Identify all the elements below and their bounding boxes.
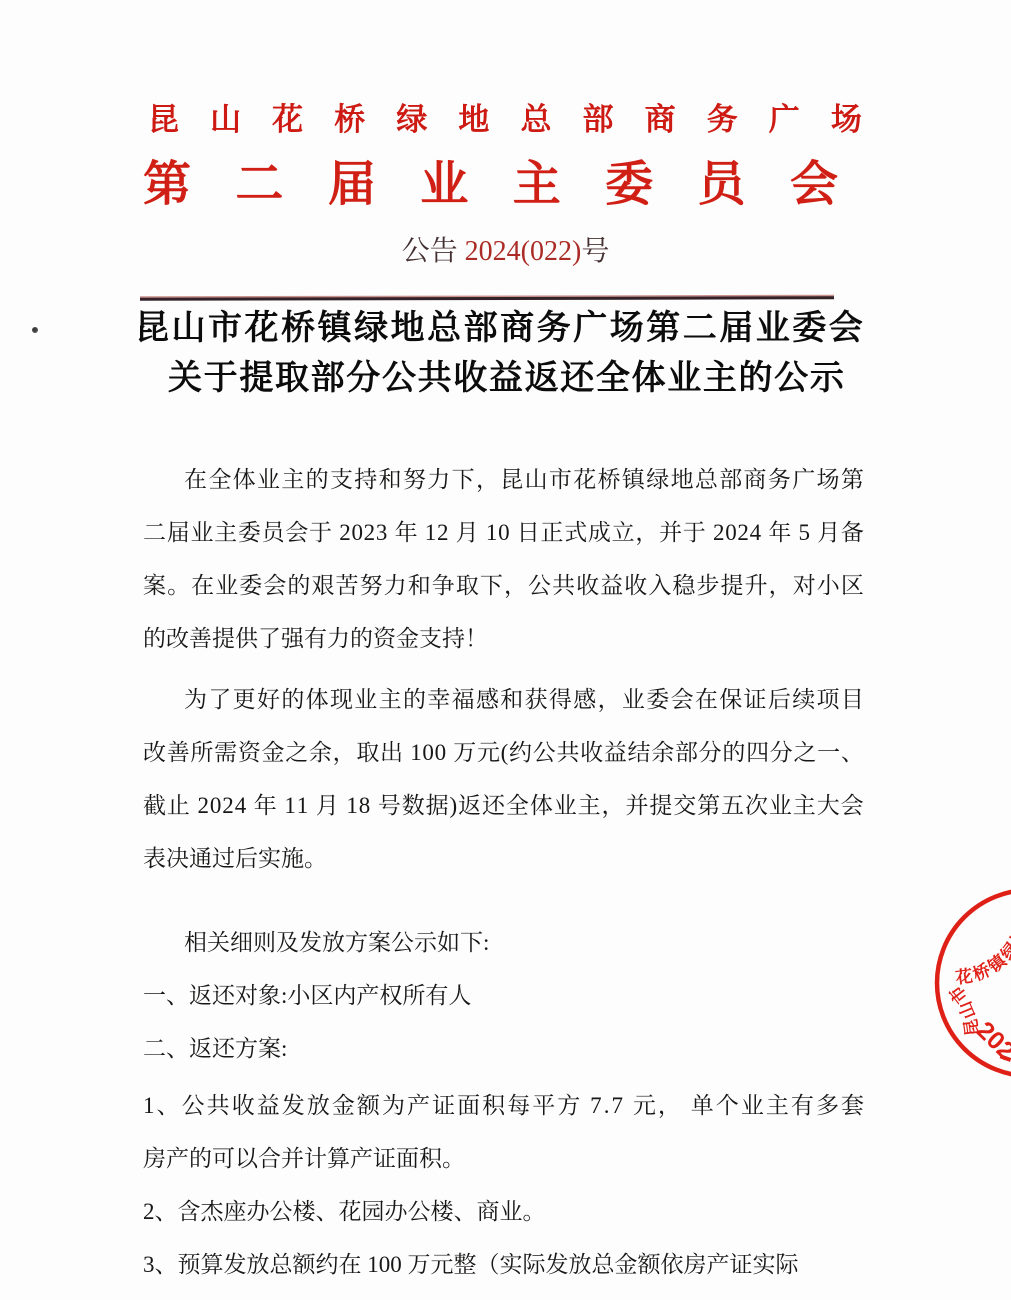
notice-number: 公告 2024(022)号 [0, 238, 1011, 266]
sub-item-2: 2、含杰座办公楼、花园办公楼、商业。 [143, 1200, 864, 1223]
body-line-p1-4: 的改善提供了强有力的资金支持！ [143, 627, 864, 650]
list-item-2: 二、返还方案: [143, 1037, 864, 1060]
section-intro-line: 相关细则及发放方案公示如下: [143, 931, 864, 954]
body-line-p1-3: 案。在业委会的艰苦努力和争取下，公共收益收入稳步提升，对小区 [143, 574, 864, 597]
sub-item-1-line-2: 房产的可以合并计算产证面积。 [143, 1147, 864, 1170]
org-name-line: 昆山花桥绿地总部商务广场 [148, 104, 862, 135]
body-line-p2-1: 为了更好的体现业主的幸福感和获得感，业委会在保证后续项目 [143, 688, 864, 711]
body-line-p2-3: 截止 2024 年 11 月 18 号数据)返还全体业主，并提交第五次业主大会 [143, 794, 864, 817]
seal-ring-text: 昆山市花桥镇绿地总部商务广场第二届业主委员会 [922, 884, 1011, 1037]
list-item-1: 一、返还对象:小区内产权所有人 [143, 984, 864, 1007]
divider-rule [140, 296, 834, 300]
sub-item-1-line-1: 1、公共收益发放金额为产证面积每平方 7.7 元， 单个业主有多套 [143, 1094, 864, 1117]
scan-artifact-dot [32, 327, 38, 333]
notice-number-value: 2024(022) [465, 236, 582, 267]
doc-title-line-2: 关于提取部分公共收益返还全体业主的公示 [168, 362, 844, 396]
sub-item-3: 3、预算发放总额约在 100 万元整（实际发放总金额依房产证实际 [143, 1253, 864, 1276]
notice-number-prefix: 公告 [402, 236, 465, 267]
committee-name-line: 第二届业主委员会 [143, 161, 838, 209]
body-line-p1-2: 二届业主委员会于 2023 年 12 月 10 日正式成立，并于 2024 年 … [143, 521, 864, 544]
notice-number-suffix: 号 [581, 236, 609, 267]
body-line-p2-2: 改善所需资金之余，取出 100 万元(约公共收益结余部分的四分之一、 [143, 741, 864, 764]
body-line-p1-1: 在全体业主的支持和努力下，昆山市花桥镇绿地总部商务广场第 [143, 468, 864, 491]
official-seal: 昆山市花桥镇绿地总部商务广场第二届业主委员会 202 [922, 884, 1011, 1084]
body-line-p2-4: 表决通过后实施。 [143, 847, 864, 870]
page: { "document": { "header": { "org_line1":… [0, 0, 1011, 1300]
doc-title-line-1: 昆山市花桥镇绿地总部商务广场第二届业委会 [135, 312, 863, 346]
